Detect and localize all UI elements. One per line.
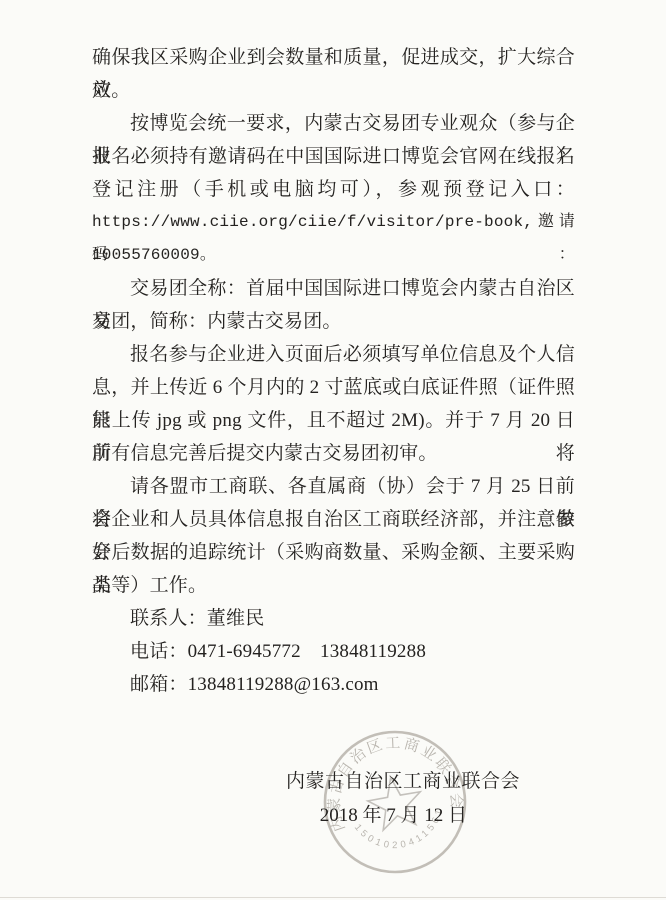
contact-phone-line: 电话：0471-6945772 13848119288	[92, 635, 575, 668]
signature-organization: 内蒙古自治区工商业联合会	[92, 765, 575, 798]
text-line: 登记注册（手机或电脑均可），参观预登记入口：	[92, 173, 575, 206]
text-line: 类等）工作。	[92, 569, 575, 602]
text-line: 会后数据的追踪统计（采购商数量、采购金额、主要采购品	[92, 536, 575, 569]
text-line: 息，并上传近 6 个月内的 2 寸蓝底或白底证件照（证件照只	[92, 371, 575, 404]
text-line: 报名参与企业进入页面后必须填写单位信息及个人信	[92, 338, 575, 371]
text-line: 能上传 jpg 或 png 文件，且不超过 2M)。并于 7 月 20 日前将	[92, 404, 575, 437]
text-line: 会企业和人员具体信息报自治区工商联经济部，并注意做好	[92, 503, 575, 536]
scan-artifact-line	[0, 897, 666, 898]
registration-url-line: https://www.ciie.org/ciie/f/visitor/pre-…	[92, 206, 575, 239]
signature-date: 2018 年 7 月 12 日	[92, 799, 575, 832]
contact-person-line: 联系人：董维民	[92, 602, 575, 635]
text-line: 报名必须持有邀请码在中国国际进口博览会官网在线报名	[92, 140, 575, 173]
text-line: 请各盟市工商联、各直属商（协）会于 7 月 25 日前将参	[92, 470, 575, 503]
letter-body: 确保我区采购企业到会数量和质量，促进成交，扩大综合效 应。 按博览会统一要求，内…	[92, 41, 575, 832]
contact-email-line: 邮箱：13848119288@163.com	[92, 668, 575, 701]
text-line: 应。	[92, 74, 575, 107]
text-line: 易团，简称：内蒙古交易团。	[92, 305, 575, 338]
signature-block: 内蒙古自治区工商业联合会 2018 年 7 月 12 日	[92, 765, 575, 832]
text-line: 交易团全称：首届中国国际进口博览会内蒙古自治区交	[92, 272, 575, 305]
text-line: 确保我区采购企业到会数量和质量，促进成交，扩大综合效	[92, 41, 575, 74]
scanned-document-page: 确保我区采购企业到会数量和质量，促进成交，扩大综合效 应。 按博览会统一要求，内…	[0, 0, 666, 900]
text-line: 按博览会统一要求，内蒙古交易团专业观众（参与企业）	[92, 107, 575, 140]
